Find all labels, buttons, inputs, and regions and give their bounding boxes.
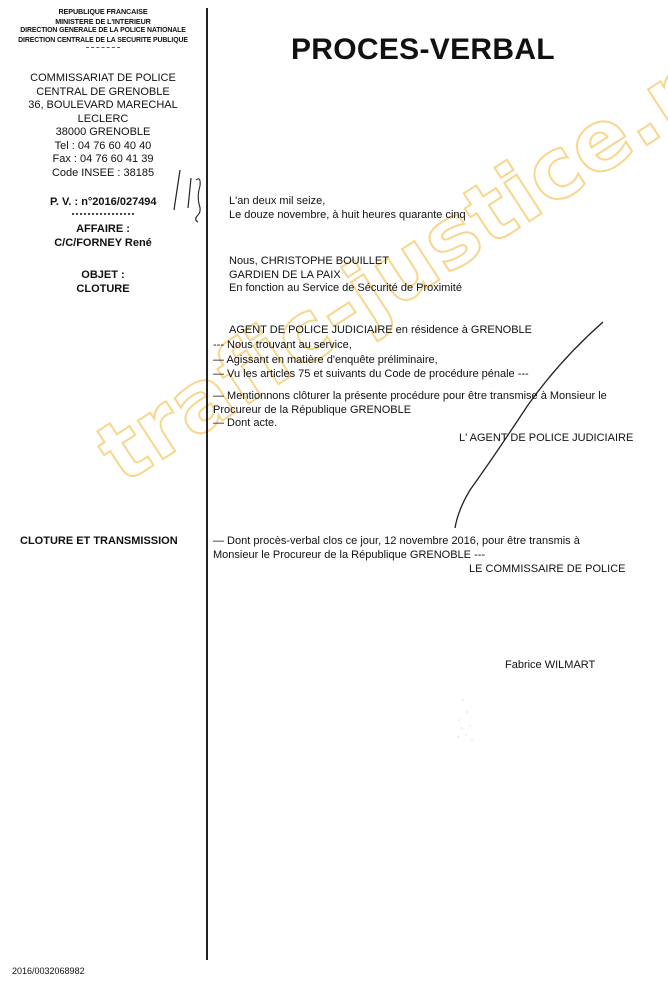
- officer-line: GARDIEN DE LA PAIX: [229, 269, 462, 283]
- office-line: CENTRAL DE GRENOBLE: [0, 86, 206, 100]
- header-line: DIRECTION GENERALE DE LA POLICE NATIONAL…: [0, 26, 206, 36]
- role-line: AGENT DE POLICE JUDICIAIRE en résidence …: [229, 324, 532, 338]
- closure-line: — Dont procès-verbal clos ce jour, 12 no…: [213, 535, 580, 549]
- closure-text: — Dont procès-verbal clos ce jour, 12 no…: [213, 535, 580, 562]
- ministry-header: REPUBLIQUE FRANCAISE MINISTERE DE L'INTE…: [0, 7, 206, 48]
- column-divider: [206, 8, 208, 960]
- office-line: Code INSEE : 38185: [0, 167, 206, 181]
- dont-acte: — Dont acte.: [213, 417, 607, 431]
- header-line: DIRECTION CENTRALE DE LA SECURITE PUBLIQ…: [0, 36, 206, 46]
- office-line: Tel : 04 76 60 40 40: [0, 140, 206, 154]
- date-line: Le douze novembre, à huit heures quarant…: [229, 209, 466, 223]
- office-line: 36, BOULEVARD MARECHAL: [0, 99, 206, 113]
- date-line: L'an deux mil seize,: [229, 195, 466, 209]
- commissaire-name: Fabrice WILMART: [505, 659, 595, 673]
- procedure-item: — Vu les articles 75 et suivants du Code…: [213, 367, 529, 382]
- pv-number: P. V. : n°2016/027494: [50, 195, 157, 209]
- officer-line: En fonction au Service de Sécurité de Pr…: [229, 282, 462, 296]
- procedure-items: --- Nous trouvant au service, — Agissant…: [213, 338, 529, 382]
- objet-block: OBJET : CLOTURE: [0, 268, 206, 296]
- affaire-block: AFFAIRE : C/C/FORNEY René: [0, 222, 206, 250]
- office-line: COMMISSARIAT DE POLICE: [0, 72, 206, 86]
- header-line: REPUBLIQUE FRANCAISE: [0, 7, 206, 17]
- agent-signature-label: L' AGENT DE POLICE JUDICIAIRE: [459, 432, 633, 446]
- procedure-item: --- Nous trouvant au service,: [213, 338, 529, 353]
- office-line: 38000 GRENOBLE: [0, 126, 206, 140]
- footer-reference: 2016/0032068982: [12, 966, 85, 976]
- office-line: Fax : 04 76 60 41 39: [0, 153, 206, 167]
- closure-label: CLOTURE ET TRANSMISSION: [20, 534, 178, 548]
- closure-line: Monsieur le Procureur de la République G…: [213, 549, 580, 563]
- objet-label: OBJET :: [0, 268, 206, 282]
- mention-line: Procureur de la République GRENOBLE: [213, 404, 607, 418]
- mention-block: — Mentionnons clôturer la présente procé…: [213, 390, 607, 431]
- officer-line: Nous, CHRISTOPHE BOUILLET: [229, 255, 462, 269]
- separator: [86, 47, 120, 48]
- document-title: PROCES-VERBAL: [291, 33, 555, 67]
- commissaire-title: LE COMMISSAIRE DE POLICE: [469, 563, 625, 577]
- affaire-label: AFFAIRE :: [0, 222, 206, 236]
- objet-value: CLOTURE: [0, 282, 206, 296]
- procedure-item: — Agissant en matière d'enquête prélimin…: [213, 353, 529, 368]
- office-line: LECLERC: [0, 113, 206, 127]
- office-address: COMMISSARIAT DE POLICE CENTRAL DE GRENOB…: [0, 72, 206, 180]
- affaire-value: C/C/FORNEY René: [0, 236, 206, 250]
- date-block: L'an deux mil seize, Le douze novembre, …: [229, 195, 466, 222]
- header-line: MINISTERE DE L'INTERIEUR: [0, 17, 206, 27]
- separator: [72, 213, 134, 215]
- officer-block: Nous, CHRISTOPHE BOUILLET GARDIEN DE LA …: [229, 255, 462, 296]
- mention-line: — Mentionnons clôturer la présente procé…: [213, 390, 607, 404]
